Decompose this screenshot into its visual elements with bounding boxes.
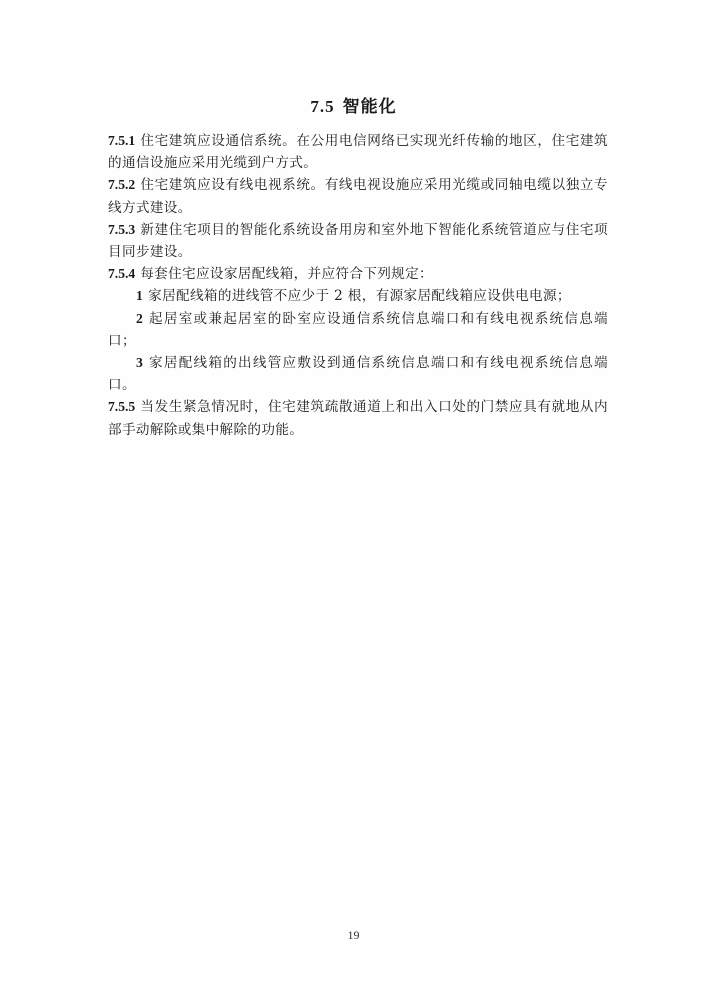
clause-text: 住宅建筑应设通信系统。在公用电信网络已实现光纤传输的地区，住宅建筑的通信设施应采… — [108, 133, 608, 171]
section-number: 7.5 — [310, 97, 334, 116]
clause-number: 7.5.5 — [108, 399, 135, 414]
clause-item-3: 3家居配线箱的出线管应敷设到通信系统信息端口和有线电视系统信息端口。 — [108, 352, 608, 396]
clause-item-1: 1家居配线箱的进线管不应少于 2 根，有源家居配线箱应设供电电源； — [108, 285, 608, 307]
item-text: 起居室或兼起居室的卧室应设通信系统信息端口和有线电视系统信息端口； — [108, 311, 608, 349]
clause-7-5-4: 7.5.4每套住宅应设家居配线箱，并应符合下列规定： — [108, 263, 608, 285]
clause-7-5-5: 7.5.5当发生紧急情况时，住宅建筑疏散通道上和出入口处的门禁应具有就地从内部手… — [108, 396, 608, 440]
item-number: 3 — [136, 355, 143, 370]
item-text: 家居配线箱的进线管不应少于 2 根，有源家居配线箱应设供电电源； — [148, 288, 571, 304]
clause-item-2: 2起居室或兼起居室的卧室应设通信系统信息端口和有线电视系统信息端口； — [108, 308, 608, 352]
clause-text: 新建住宅项目的智能化系统设备用房和室外地下智能化系统管道应与住宅项目同步建设。 — [108, 222, 608, 260]
clause-text: 每套住宅应设家居配线箱，并应符合下列规定： — [140, 266, 433, 282]
clause-7-5-3: 7.5.3新建住宅项目的智能化系统设备用房和室外地下智能化系统管道应与住宅项目同… — [108, 219, 608, 263]
item-text: 家居配线箱的出线管应敷设到通信系统信息端口和有线电视系统信息端口。 — [108, 355, 608, 393]
document-page: 7.5智能化 7.5.1住宅建筑应设通信系统。在公用电信网络已实现光纤传输的地区… — [0, 0, 707, 1000]
clause-number: 7.5.3 — [108, 222, 135, 237]
section-body: 7.5.1住宅建筑应设通信系统。在公用电信网络已实现光纤传输的地区，住宅建筑的通… — [108, 130, 608, 441]
page-number: 19 — [0, 928, 707, 943]
item-number: 1 — [136, 288, 143, 303]
clause-number: 7.5.1 — [108, 133, 135, 148]
section-title-text: 智能化 — [343, 97, 397, 117]
section-title: 7.5智能化 — [0, 92, 707, 117]
item-number: 2 — [136, 311, 143, 326]
clause-number: 7.5.2 — [108, 177, 135, 192]
clause-7-5-2: 7.5.2住宅建筑应设有线电视系统。有线电视设施应采用光缆或同轴电缆以独立专线方… — [108, 174, 608, 218]
clause-7-5-1: 7.5.1住宅建筑应设通信系统。在公用电信网络已实现光纤传输的地区，住宅建筑的通… — [108, 130, 608, 174]
clause-number: 7.5.4 — [108, 266, 135, 281]
clause-text: 住宅建筑应设有线电视系统。有线电视设施应采用光缆或同轴电缆以独立专线方式建设。 — [108, 177, 608, 215]
clause-text: 当发生紧急情况时，住宅建筑疏散通道上和出入口处的门禁应具有就地从内部手动解除或集… — [108, 399, 608, 437]
